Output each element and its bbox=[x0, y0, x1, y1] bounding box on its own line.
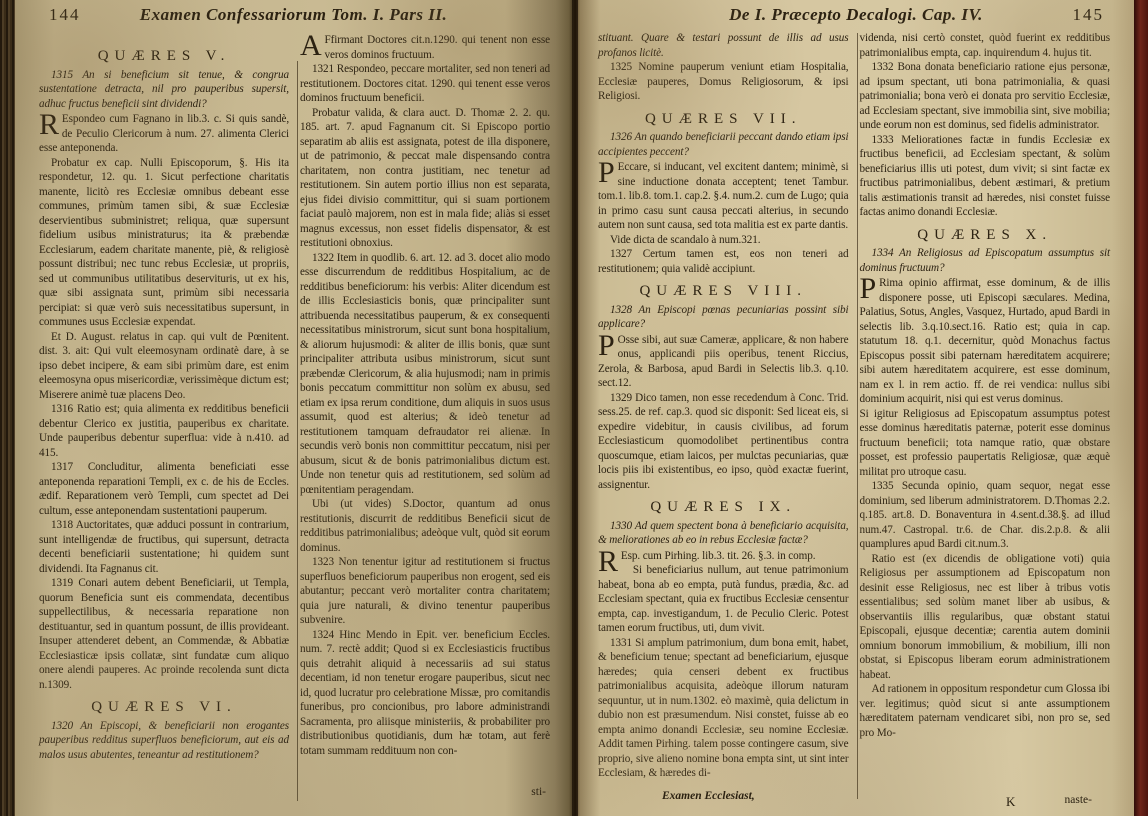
paragraph: 1317 Concluditur, alimenta beneficiati e… bbox=[39, 460, 289, 518]
book-spread: 144 Examen Confessariorum Tom. I. Pars I… bbox=[0, 0, 1148, 816]
page-edges-left bbox=[0, 0, 15, 816]
book-binding-right bbox=[1134, 0, 1148, 816]
text-column: videnda, nisi certò constet, quòd fuerin… bbox=[857, 31, 1118, 799]
paragraph: 1322 Item in quodlib. 6. art. 12. ad 3. … bbox=[300, 251, 550, 498]
paragraph: 1335 Secunda opinio, quam sequor, negat … bbox=[859, 479, 1110, 552]
paragraph: Probatur ex cap. Nulli Episcoporum, §. H… bbox=[39, 156, 289, 330]
paragraph: 1315 An si beneficium sit tenue, & congr… bbox=[39, 68, 289, 112]
text-column: stituant. Quare & testari possunt de ill… bbox=[596, 31, 857, 799]
paragraph: 1334 An Religiosus ad Episcopatum assump… bbox=[859, 246, 1110, 275]
paragraph: POsse sibi, aut suæ Cameræ, applicare, &… bbox=[598, 333, 849, 391]
section-heading: QUÆRES VII. bbox=[598, 112, 849, 127]
page-144: 144 Examen Confessariorum Tom. I. Pars I… bbox=[15, 0, 572, 816]
signature-mark: K bbox=[1006, 794, 1015, 810]
paragraph: 1318 Auctoritates, quæ adduci possunt in… bbox=[39, 518, 289, 576]
paragraph: Probatur valida, & clara auct. D. Thomæ … bbox=[300, 106, 550, 251]
dropcap-initial: R bbox=[39, 112, 62, 137]
text-column: QUÆRES V.1315 An si beneficium sit tenue… bbox=[37, 33, 297, 801]
text-column: AFfirmant Doctores cit.n.1290. qui tenen… bbox=[298, 33, 558, 801]
running-title: Examen Confessariorum Tom. I. Pars II. bbox=[41, 5, 546, 25]
section-heading: QUÆRES IX. bbox=[598, 500, 849, 515]
paragraph: 1324 Hinc Mendo in Epit. ver. beneficium… bbox=[300, 628, 550, 759]
dropcap-initial: A bbox=[300, 33, 325, 58]
paragraph: 1321 Respondeo, peccare mortaliter, sed … bbox=[300, 62, 550, 106]
catchword: sti- bbox=[531, 786, 546, 798]
paragraph: Si igitur Religiosus ad Episcopatum assu… bbox=[859, 407, 1110, 480]
paragraph: Ratio est (ex dicendis de obligatione vo… bbox=[859, 552, 1110, 683]
dropcap-initial: P bbox=[598, 333, 618, 358]
page-number: 145 bbox=[1073, 5, 1105, 25]
volume-footer: Examen Ecclesiast, bbox=[662, 790, 755, 802]
paragraph: 1323 Non tenentur igitur ad restitutione… bbox=[300, 555, 550, 628]
paragraph: 1331 Si amplum patrimonium, dum bona emi… bbox=[598, 636, 849, 781]
paragraph: Ubi (ut vides) S.Doctor, quantum ad onus… bbox=[300, 497, 550, 555]
page-145: De I. Præcepto Decalogi. Cap. IV. 145 st… bbox=[578, 0, 1134, 816]
paragraph: 1330 Ad quem spectent bona à beneficiari… bbox=[598, 519, 849, 548]
catchword: naste- bbox=[1065, 794, 1092, 806]
paragraph: stituant. Quare & testari possunt de ill… bbox=[598, 31, 849, 60]
paragraph: 1327 Certum tamen est, eos non teneri ad… bbox=[598, 247, 849, 276]
section-heading: QUÆRES X. bbox=[859, 228, 1110, 243]
page-header-left: 144 Examen Confessariorum Tom. I. Pars I… bbox=[15, 0, 572, 31]
paragraph: Ad rationem in oppositum respondetur cum… bbox=[859, 682, 1110, 740]
paragraph: 1332 Bona donata beneficiario ratione ej… bbox=[859, 60, 1110, 133]
paragraph: 1326 An quando beneficiarii peccant dand… bbox=[598, 130, 849, 159]
page-header-right: De I. Præcepto Decalogi. Cap. IV. 145 bbox=[578, 0, 1134, 31]
section-heading: QUÆRES VIII. bbox=[598, 284, 849, 299]
gutter-shadow bbox=[569, 0, 580, 816]
paragraph: 1316 Ratio est; quia alimenta ex redditi… bbox=[39, 402, 289, 460]
paragraph: 1329 Dico tamen, non esse recedendum à C… bbox=[598, 391, 849, 493]
section-heading: QUÆRES V. bbox=[39, 49, 289, 64]
paragraph: PEccare, si inducant, vel excitent dante… bbox=[598, 160, 849, 233]
paragraph: Et D. August. relatus in cap. qui vult d… bbox=[39, 330, 289, 403]
section-heading: QUÆRES VI. bbox=[39, 700, 289, 715]
paragraph: PRima opinio affirmat, esse dominum, & d… bbox=[859, 276, 1110, 407]
paragraph: videnda, nisi certò constet, quòd fuerin… bbox=[859, 31, 1110, 60]
dropcap-initial: R bbox=[598, 549, 621, 574]
paragraph: 1333 Meliorationes factæ in fundis Eccle… bbox=[859, 133, 1110, 220]
paragraph: 1320 An Episcopi, & beneficiarii non ero… bbox=[39, 719, 289, 763]
paragraph: 1325 Nomine pauperum veniunt etiam Hospi… bbox=[598, 60, 849, 104]
paragraph: REsp. cum Pirhing. lib.3. tit. 26. §.3. … bbox=[598, 549, 849, 564]
paragraph: 1328 An Episcopi pœnas pecuniarias possi… bbox=[598, 303, 849, 332]
paragraph: AFfirmant Doctores cit.n.1290. qui tenen… bbox=[300, 33, 550, 62]
page-number: 144 bbox=[49, 5, 81, 25]
running-title: De I. Præcepto Decalogi. Cap. IV. bbox=[604, 5, 1108, 25]
paragraph: 1319 Conari autem debent Beneficiarii, u… bbox=[39, 576, 289, 692]
text-columns-right: stituant. Quare & testari possunt de ill… bbox=[578, 31, 1134, 799]
text-columns-left: QUÆRES V.1315 An si beneficium sit tenue… bbox=[15, 31, 572, 801]
dropcap-initial: P bbox=[859, 276, 879, 301]
paragraph: Si beneficiarius nullum, aut tenue patri… bbox=[598, 563, 849, 636]
dropcap-initial: P bbox=[598, 160, 618, 185]
paragraph: Vide dicta de scandalo à num.321. bbox=[598, 233, 849, 248]
paragraph: REspondeo cum Fagnano in lib.3. c. Si qu… bbox=[39, 112, 289, 156]
